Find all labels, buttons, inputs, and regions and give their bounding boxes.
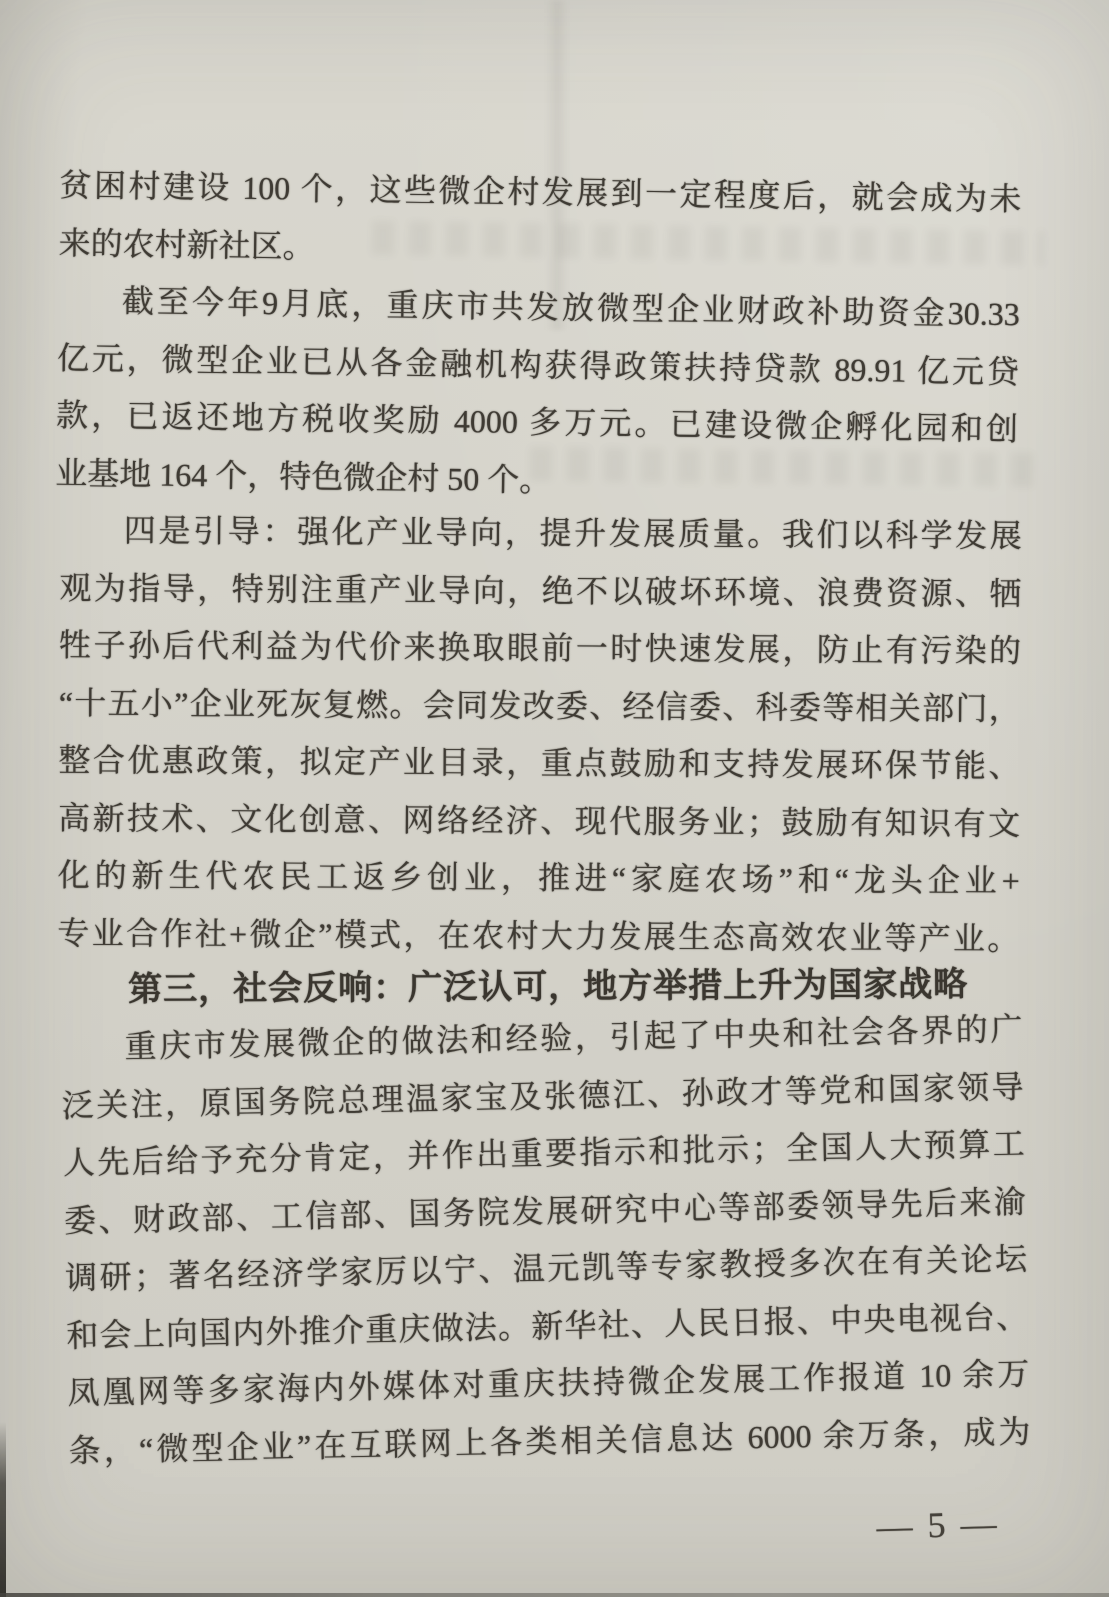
body-line: 整合优惠政策，拟定产业目录，重点鼓励和支持发展环保节能、 [58,732,1020,795]
paper-edge-shadow [0,1422,6,1597]
body-line: 高新技术、文化创意、网络经济、现代服务业；鼓励有知识有文 [58,789,1020,852]
page-number: — 5 — [857,1502,1018,1548]
paragraph-group: 四是引导：强化产业导向，提升发展质量。我们以科学发展 观为指导，特别注重产业导向… [57,502,1022,968]
body-line: 四是引导：强化产业导向，提升发展质量。我们以科学发展 [60,502,1022,565]
document-body: 贫困村建设 100 个，这些微企村发展到一定程度后，就会成为未 来的农村新社区。… [60,157,1022,1480]
paragraph-group: 贫困村建设 100 个，这些微企村发展到一定程度后，就会成为未 来的农村新社区。… [55,157,1022,516]
body-line: 牲子孙后代利益为代价来换取眼前一时快速发展，防止有污染的 [59,617,1021,680]
body-line: 化的新生代农民工返乡创业，推进“家庭农场”和“龙头企业+ [58,847,1020,910]
body-line: “十五小”企业死灰复燃。会同发改委、经信委、科委等相关部门， [59,674,1021,737]
scanned-document-page: 贫困村建设 100 个，这些微企村发展到一定程度后，就会成为未 来的农村新社区。… [0,0,1109,1597]
body-line: 观为指导，特别注重产业导向，绝不以破坏环境、浪费资源、牺 [59,559,1021,622]
paragraph-group: 重庆市发展微企的做法和经验，引起了中央和社会各界的广 泛关注，原国务院总理温家宝… [60,1000,1031,1479]
paper-edge-shadow [0,1593,1109,1597]
